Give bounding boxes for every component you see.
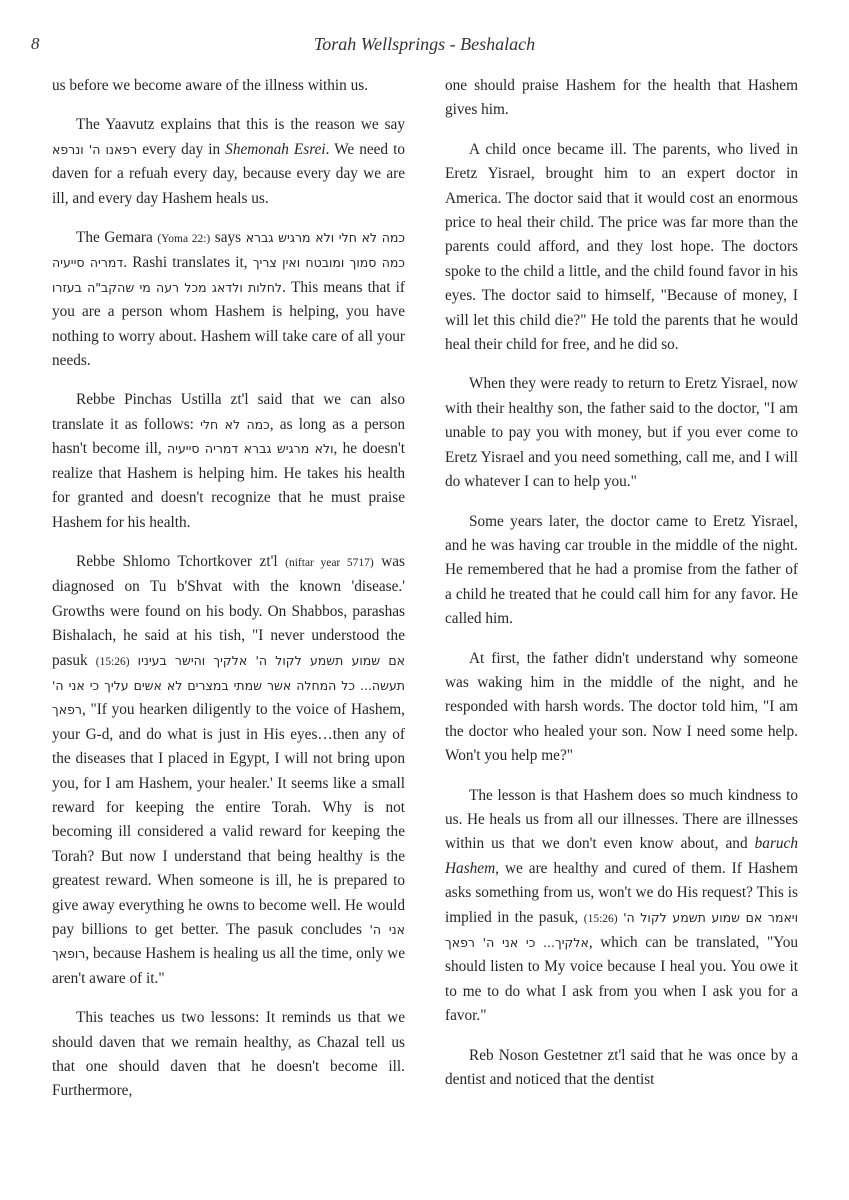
- paragraph-text: At first, the father didn't understand w…: [445, 650, 798, 765]
- source-reference: (Yoma 22:): [157, 233, 210, 245]
- paragraph-text: Some years later, the doctor came to Ere…: [445, 513, 798, 628]
- paragraph-continuation: us before we become aware of the illness…: [52, 74, 405, 98]
- running-title: Torah Wellsprings - Beshalach: [0, 34, 849, 55]
- hebrew-quote: רפאנו ה' ונרפא: [52, 142, 137, 157]
- text-run: Rebbe Shlomo Tchortkover zt'l: [76, 553, 285, 570]
- paragraph-text: When they were ready to return to Eretz …: [445, 375, 798, 490]
- text-run: . Rashi translates it,: [123, 254, 253, 271]
- paragraph-return-eretz-yisrael: When they were ready to return to Eretz …: [445, 372, 798, 494]
- italic-term: Shemonah Esrei: [225, 141, 325, 158]
- text-run: was diagnosed on Tu b'Shvat with the kno…: [52, 553, 405, 669]
- paragraph-lesson: The lesson is that Hashem does so much k…: [445, 784, 798, 1029]
- paragraph-text: This teaches us two lessons: It reminds …: [52, 1009, 405, 1099]
- paragraph-pinchas-ustilla: Rebbe Pinchas Ustilla zt'l said that we …: [52, 388, 405, 534]
- paragraph-tchortkover: Rebbe Shlomo Tchortkover zt'l (niftar ye…: [52, 550, 405, 991]
- paragraph-text: one should praise Hashem for the health …: [445, 77, 798, 118]
- paragraph-yaavutz: The Yaavutz explains that this is the re…: [52, 113, 405, 211]
- paragraph-child-ill: A child once became ill. The parents, wh…: [445, 138, 798, 358]
- left-column: us before we become aware of the illness…: [52, 74, 405, 1119]
- page-header: 8 Torah Wellsprings - Beshalach: [0, 30, 849, 60]
- text-run: The Gemara: [76, 229, 157, 246]
- text-run: , "If you hearken diligently to the voic…: [52, 701, 405, 938]
- paragraph-text: A child once became ill. The parents, wh…: [445, 141, 798, 353]
- source-reference: (15:26): [96, 656, 130, 668]
- paragraph-text: Reb Noson Gestetner zt'l said that he wa…: [445, 1047, 798, 1088]
- text-run: The lesson is that Hashem does so much k…: [445, 787, 798, 853]
- paragraph-continuation: one should praise Hashem for the health …: [445, 74, 798, 123]
- text-run: The Yaavutz explains that this is the re…: [76, 116, 405, 133]
- hebrew-quote: ולא מרגיש גברא דמריה סייעיה: [167, 441, 334, 456]
- hebrew-quote: כמה לא חלי: [200, 417, 270, 432]
- paragraph-text: us before we become aware of the illness…: [52, 77, 368, 94]
- paragraph-at-first: At first, the father didn't understand w…: [445, 647, 798, 769]
- text-run: says: [210, 229, 245, 246]
- text-run: every day in: [137, 141, 225, 158]
- paragraph-gemara: The Gemara (Yoma 22:) says כמה לא חלי ול…: [52, 226, 405, 373]
- text-run: , because Hashem is healing us all the t…: [52, 945, 405, 986]
- paragraph-two-lessons: This teaches us two lessons: It reminds …: [52, 1006, 405, 1104]
- paragraph-years-later: Some years later, the doctor came to Ere…: [445, 510, 798, 632]
- paragraph-gestetner: Reb Noson Gestetner zt'l said that he wa…: [445, 1044, 798, 1093]
- source-reference: (niftar year 5717): [285, 557, 374, 569]
- right-column: one should praise Hashem for the health …: [445, 74, 798, 1107]
- source-reference: (15:26): [584, 913, 618, 925]
